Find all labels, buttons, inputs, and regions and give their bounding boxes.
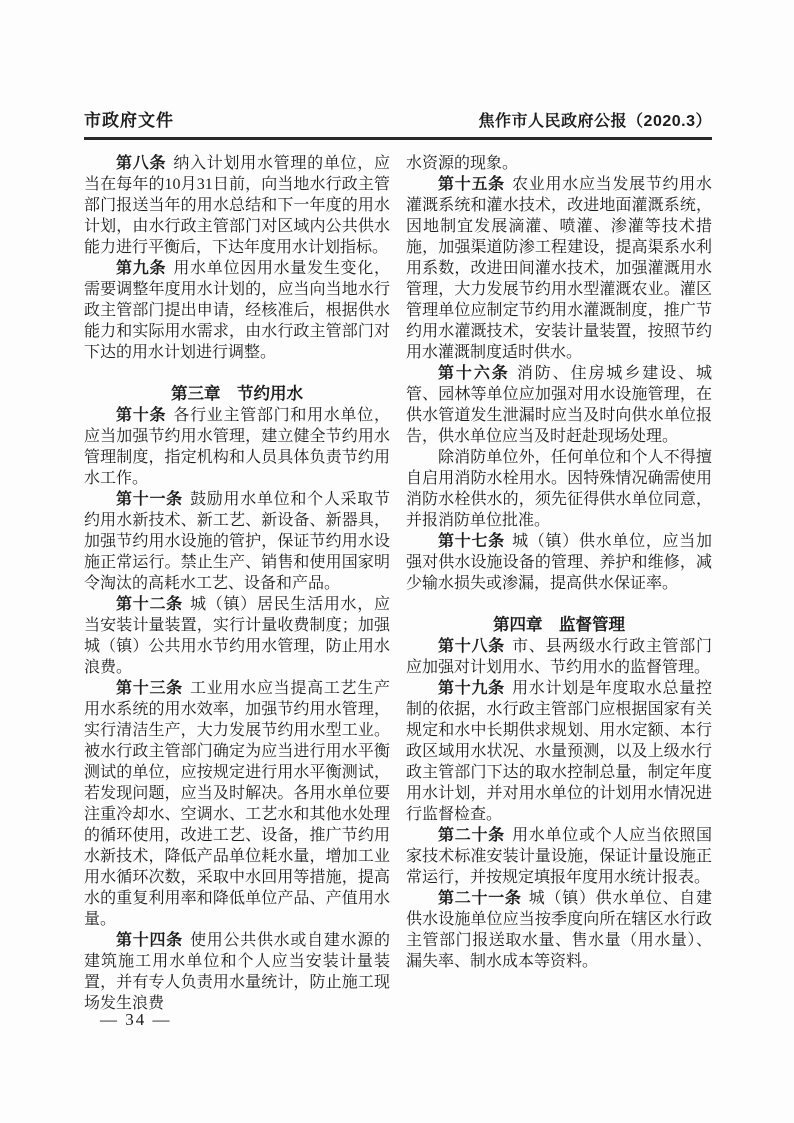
article-number: 第十四条 — [116, 932, 183, 949]
article-paragraph: 第十九条用水计划是年度取水总量控制的依据，水行政主管部门应根据国家有关规定和水中… — [406, 678, 712, 825]
left-column: 第八条纳入计划用水管理的单位，应当在每年的10月31日前，向当地水行政主管部门报… — [84, 153, 390, 1014]
gazette-page: 市政府文件 焦作市人民政府公报（2020.3） 第八条纳入计划用水管理的单位，应… — [0, 0, 794, 1123]
article-paragraph: 第十二条城（镇）居民生活用水，应当安装计量装置，实行计量收费制度；加强城（镇）公… — [84, 594, 390, 678]
article-paragraph: 第十三条工业用水应当提高工艺生产用水系统的用水效率，加强节约用水管理，实行清洁生… — [84, 678, 390, 930]
article-paragraph: 第十八条市、县两级水行政主管部门应加强对计划用水、节约用水的监督管理。 — [406, 636, 712, 678]
article-number: 第十一条 — [116, 491, 183, 508]
right-column: 水资源的现象。第十五条农业用水应当发展节约用水灌溉系统和灌水技术，改进地面灌溉系… — [406, 153, 712, 1014]
page-header: 市政府文件 焦作市人民政府公报（2020.3） — [84, 106, 712, 131]
article-paragraph: 第十条各行业主管部门和用水单位，应当加强节约用水管理，建立健全节约用水管理制度，… — [84, 405, 390, 489]
body-paragraph: 除消防单位外，任何单位和个人不得擅自启用消防水栓用水。因特殊情况确需使用消防水栓… — [406, 447, 712, 531]
article-paragraph: 第二十条用水单位或个人应当依照国家技术标准安装计量设施，保证计量设施正常运行，并… — [406, 825, 712, 888]
two-column-body: 第八条纳入计划用水管理的单位，应当在每年的10月31日前，向当地水行政主管部门报… — [84, 153, 712, 1014]
article-number: 第二十条 — [438, 827, 505, 844]
article-paragraph: 第二十一条城（镇）供水单位、自建供水设施单位应当按季度向所在辖区水行政主管部门报… — [406, 888, 712, 972]
article-paragraph: 第十一条鼓励用水单位和个人采取节约用水新技术、新工艺、新设备、新器具，加强节约用… — [84, 489, 390, 594]
header-section-title: 市政府文件 — [84, 106, 174, 131]
page-content: 市政府文件 焦作市人民政府公报（2020.3） 第八条纳入计划用水管理的单位，应… — [84, 106, 712, 1014]
article-number: 第十八条 — [438, 638, 505, 655]
article-number: 第十六条 — [438, 365, 510, 382]
body-paragraph: 水资源的现象。 — [406, 153, 712, 174]
article-paragraph: 第十四条使用公共供水或自建水源的建筑施工用水单位和个人应当安装计量装置，并有专人… — [84, 930, 390, 1014]
article-number: 第八条 — [116, 155, 166, 172]
article-number: 第十二条 — [116, 596, 183, 613]
article-paragraph: 第八条纳入计划用水管理的单位，应当在每年的10月31日前，向当地水行政主管部门报… — [84, 153, 390, 258]
header-gazette-title: 焦作市人民政府公报（2020.3） — [479, 108, 712, 131]
article-number: 第十七条 — [438, 533, 505, 550]
article-number: 第十三条 — [116, 680, 183, 697]
article-number: 第二十一条 — [438, 890, 522, 907]
article-paragraph: 第九条用水单位因用水量发生变化，需要调整年度用水计划的，应当向当地水行政主管部门… — [84, 258, 390, 363]
page-number: — 34 — — [100, 1010, 172, 1030]
article-number: 第十条 — [116, 407, 166, 424]
article-number: 第十五条 — [438, 176, 505, 193]
chapter-heading: 第四章 监督管理 — [406, 615, 712, 636]
article-paragraph: 第十七条城（镇）供水单位，应当加强对供水设施设备的管理、养护和维修，减少输水损失… — [406, 531, 712, 594]
chapter-heading: 第三章 节约用水 — [84, 384, 390, 405]
article-number: 第十九条 — [438, 680, 505, 697]
article-paragraph: 第十五条农业用水应当发展节约用水灌溉系统和灌水技术，改进地面灌溉系统，因地制宜发… — [406, 174, 712, 363]
header-rule — [84, 137, 712, 140]
article-paragraph: 第十六条消防、住房城乡建设、城管、园林等单位应加强对用水设施管理，在供水管道发生… — [406, 363, 712, 447]
article-number: 第九条 — [116, 260, 166, 277]
